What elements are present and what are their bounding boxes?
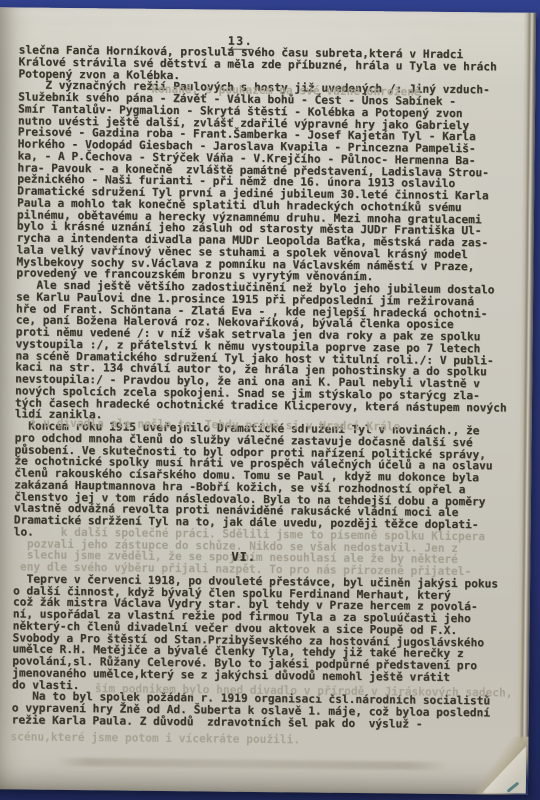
book-scan-photo: 13. slečna Fanča Horníková, proslulá své… xyxy=(0,0,540,800)
ghost-bleed-layer: konané, s poukazem na své vážné ohrožené… xyxy=(0,7,536,13)
ghost-blur-streak xyxy=(56,758,448,770)
ghost-bleed-fragment: scénu,které jsme potom i vícekráte použi… xyxy=(10,730,300,746)
text-fragment: lo. xyxy=(14,525,34,538)
typewritten-body: slečna Fanča Horníková, proslulá svého č… xyxy=(12,44,524,731)
document-page: 13. slečna Fanča Horníková, proslulá své… xyxy=(0,7,536,795)
